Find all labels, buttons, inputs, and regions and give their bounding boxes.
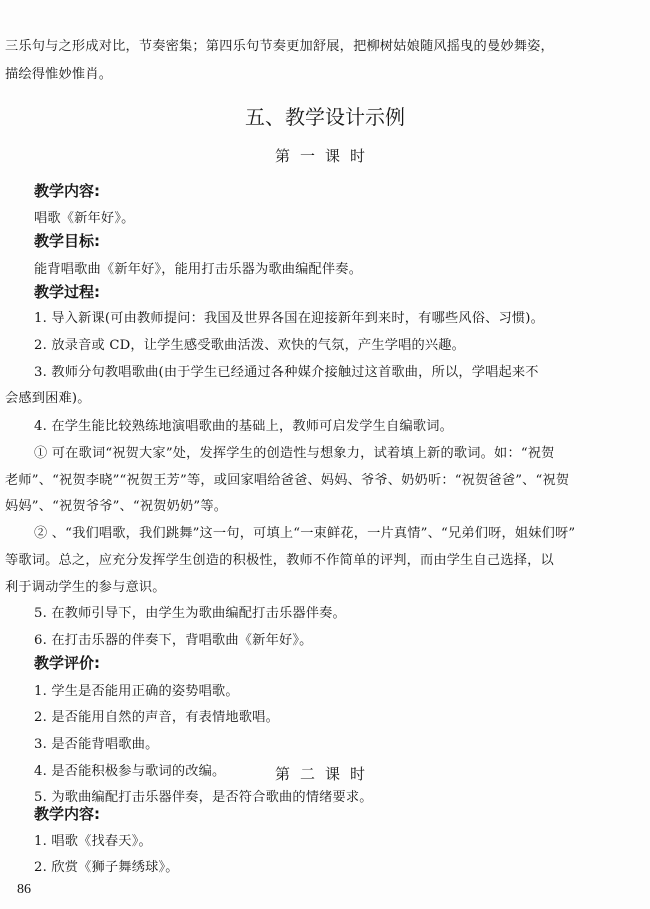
page-number: 86 bbox=[17, 882, 31, 898]
lesson1-goal: 能背唱歌曲《新年好》，能用打击乐器为歌曲编配伴奏。 bbox=[34, 258, 362, 277]
lesson1-eval-heading: 教学评价: bbox=[34, 652, 100, 673]
intro-line-1: 三乐句与之形成对比，节奏密集；第四乐句节奏更加舒展，把柳树姑娘随风摇曳的曼妙舞姿… bbox=[5, 35, 554, 54]
eval-item: 1. 学生是否能用正确的姿势唱歌。 bbox=[34, 680, 239, 699]
lesson1-content-heading: 教学内容: bbox=[34, 180, 100, 201]
process-item-cont: 老师”、“祝贺李晓”“祝贺王芳”等，或回家唱给爸爸、妈妈、爷爷、奶奶听：“祝贺爸… bbox=[5, 469, 569, 488]
lesson2-content-item: 2. 欣赏《狮子舞绣球》。 bbox=[34, 856, 179, 875]
lesson2-title: 第二课时 bbox=[0, 763, 650, 784]
process-item-cont: 等歌词。总之，应充分发挥学生创造的积极性，教师不作简单的评判，而由学生自己选择，… bbox=[5, 549, 554, 568]
section-title: 五、教学设计示例 bbox=[0, 101, 650, 130]
intro-line-2: 描绘得惟妙惟肖。 bbox=[5, 63, 112, 82]
eval-item: 3. 是否能背唱歌曲。 bbox=[34, 733, 158, 752]
lesson1-content: 唱歌《新年好》。 bbox=[34, 207, 135, 226]
process-item-cont: 会感到困难)。 bbox=[5, 387, 91, 406]
lesson2-content-heading: 教学内容: bbox=[34, 803, 100, 824]
process-item: ② 、“我们唱歌，我们跳舞”这一句，可填上“一束鲜花，一片真情”、“兄弟们呀，姐… bbox=[34, 522, 575, 541]
lesson1-title: 第一课时 bbox=[0, 145, 650, 166]
eval-item: 2. 是否能用自然的声音，有表情地歌唱。 bbox=[34, 706, 279, 725]
process-item-cont: 利于调动学生的参与意识。 bbox=[5, 576, 166, 595]
process-item: 3. 教师分句教唱歌曲(由于学生已经通过各种媒介接触过这首歌曲，所以，学唱起来不 bbox=[34, 361, 539, 380]
process-item: 4. 在学生能比较熟练地演唱歌曲的基础上，教师可启发学生自编歌词。 bbox=[34, 415, 453, 434]
lesson1-goal-heading: 教学目标: bbox=[34, 230, 100, 251]
lesson2-content-item: 1. 唱歌《找春天》。 bbox=[34, 830, 152, 849]
process-item: 1. 导入新课(可由教师提问：我国及世界各国在迎接新年到来时，有哪些风俗、习惯)… bbox=[34, 307, 544, 326]
lesson1-process-heading: 教学过程: bbox=[34, 281, 100, 302]
process-item: 2. 放录音或 CD，让学生感受歌曲活泼、欢快的气氛，产生学唱的兴趣。 bbox=[34, 334, 465, 353]
process-item-cont: 妈妈”、“祝贺爷爷”、“祝贺奶奶”等。 bbox=[5, 495, 227, 514]
process-item: ① 可在歌词“祝贺大家”处，发挥学生的创造性与想象力，试着填上新的歌词。如：“祝… bbox=[34, 442, 555, 461]
process-item: 5. 在教师引导下，由学生为歌曲编配打击乐器伴奏。 bbox=[34, 602, 346, 621]
process-item: 6. 在打击乐器的伴奏下，背唱歌曲《新年好》。 bbox=[34, 629, 313, 648]
